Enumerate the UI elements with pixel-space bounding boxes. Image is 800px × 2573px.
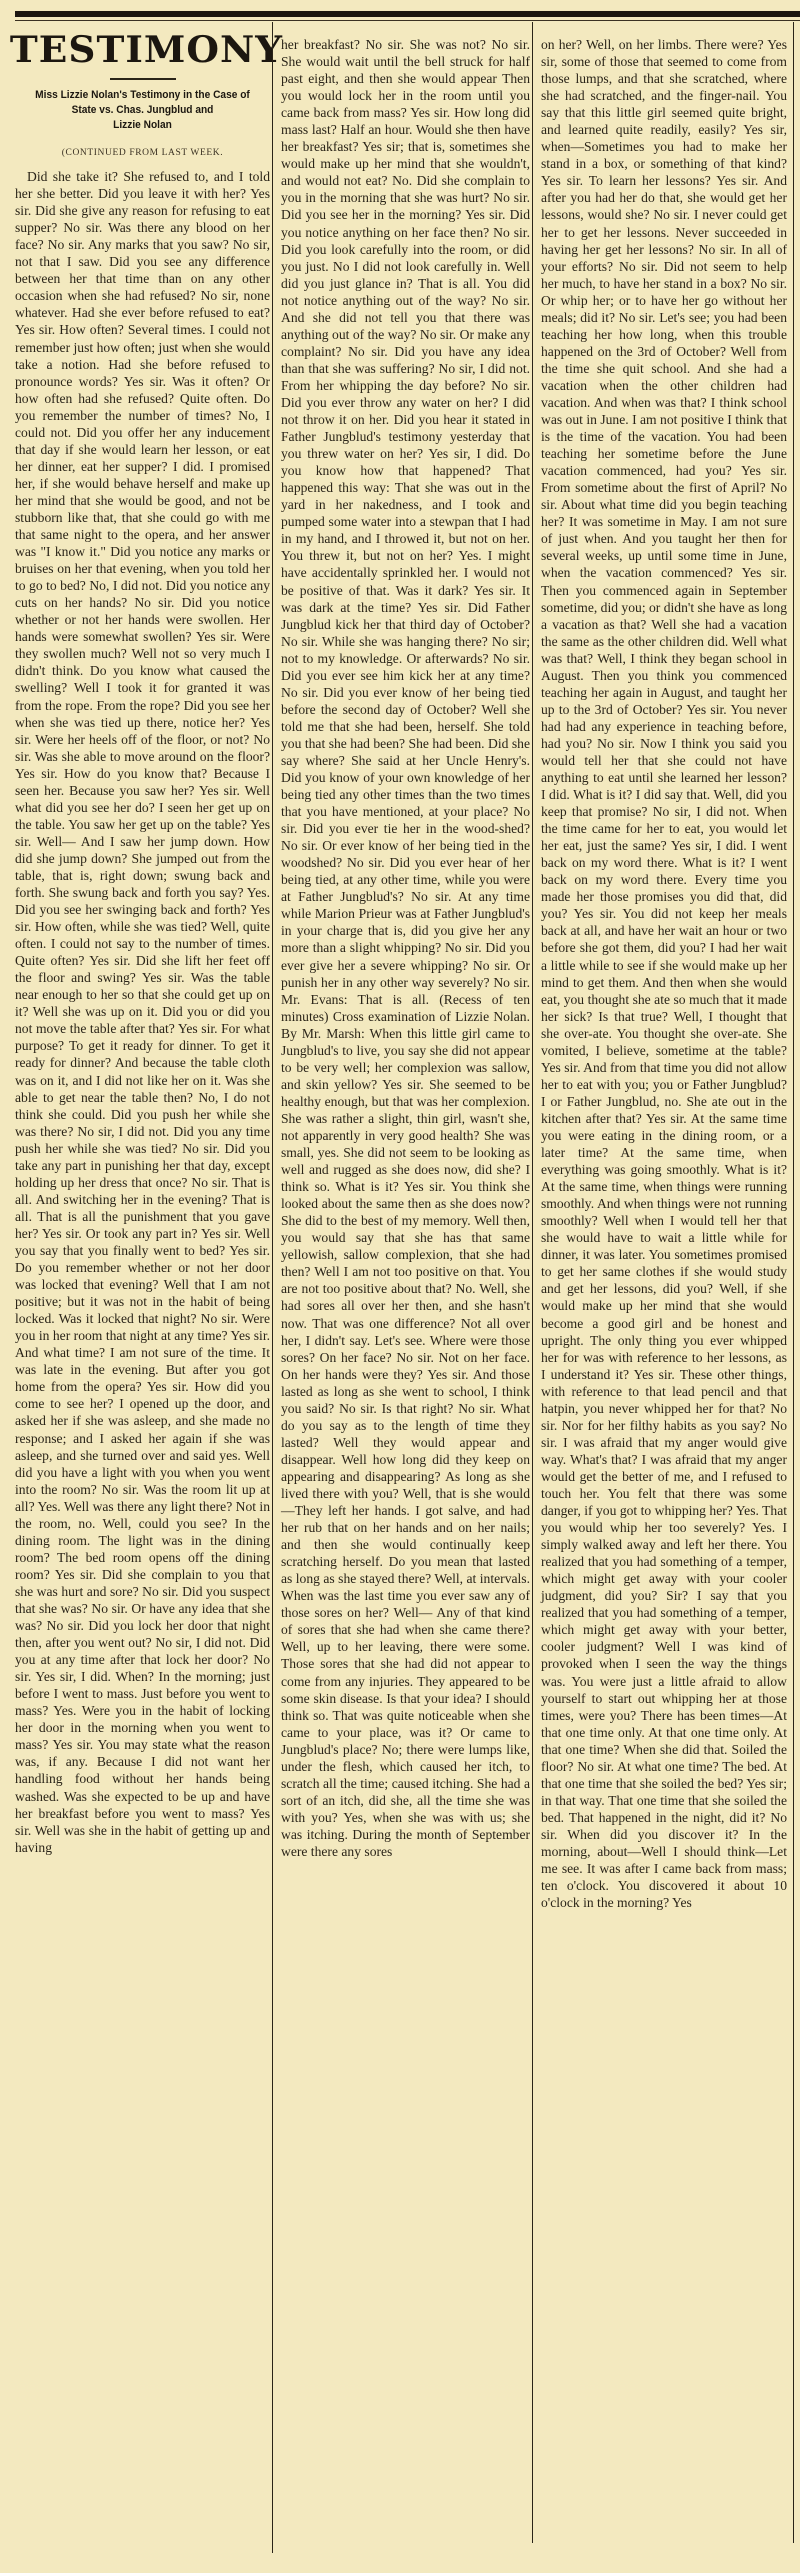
top-rule-thick: [15, 11, 800, 17]
column-3: on her? Well, on her limbs. There were? …: [532, 22, 794, 2543]
headline-divider: [110, 78, 176, 80]
subhead-line-2: State vs. Chas. Jungblud and: [28, 103, 258, 118]
newspaper-page: TESTIMONY Miss Lizzie Nolan's Testimony …: [0, 0, 800, 2573]
column-2: her breakfast? No sir. She was not? No s…: [272, 22, 530, 2553]
top-rule-thin: [15, 20, 800, 21]
subhead-line-3: Lizzie Nolan: [28, 118, 258, 133]
subhead: Miss Lizzie Nolan's Testimony in the Cas…: [28, 88, 258, 133]
column-3-text: on her? Well, on her limbs. There were? …: [541, 36, 787, 1911]
column-2-text: her breakfast? No sir. She was not? No s…: [281, 36, 530, 1860]
headline: TESTIMONY: [10, 30, 275, 70]
column-1: TESTIMONY Miss Lizzie Nolan's Testimony …: [15, 22, 270, 2553]
continued-note: (Continued from last week.: [15, 145, 270, 162]
subhead-line-1: Miss Lizzie Nolan's Testimony in the Cas…: [28, 88, 258, 103]
column-1-text: Did she take it? She refused to, and I t…: [15, 168, 270, 1856]
